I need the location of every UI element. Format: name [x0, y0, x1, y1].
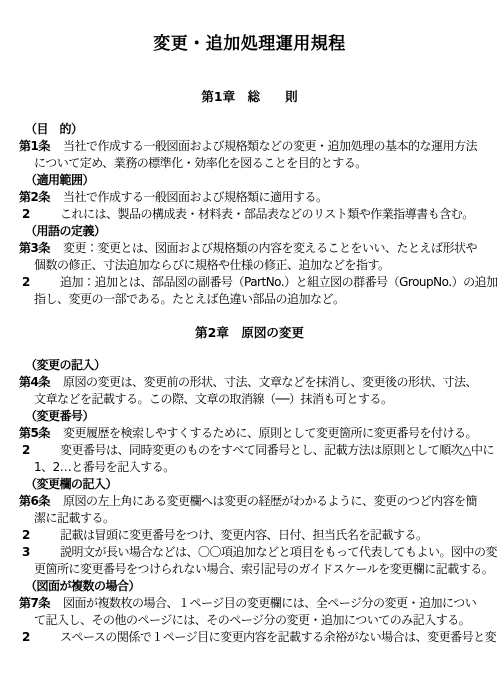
chapter-heading: 第2章 原図の変更 [0, 324, 499, 341]
line-text: 当社で作成する一般図面および規格類などの変更・追加処理の基本的な運用方法 [63, 139, 477, 153]
sub-item-line: 2変更番号は、同時変更のものをすべて同番号とし、記載方法は原則として順次△中に [0, 442, 499, 459]
continuation-line: 指し、変更の一部である。たとえば色違い部品の追加など。 [0, 291, 499, 308]
article-number: 第5条 [19, 425, 63, 442]
sub-item-line: 2追加：追加とは、部品図の副番号（PartNo.）と組立図の群番号（GroupN… [0, 274, 499, 291]
article-line: 第3条変更：変更とは、図面および規格類の内容を変えることをいい、たとえば形状や [0, 240, 499, 257]
line-text: 記載は冒頭に変更番号をつけ、変更内容、日付、担当氏名を記載する。 [60, 528, 428, 542]
line-text: 図面が複数枚の場合、１ページ目の変更欄には、全ページ分の変更・追加につい [63, 596, 476, 610]
line-text: 変更：変更とは、図面および規格類の内容を変えることをいい、たとえば形状や [63, 241, 477, 255]
item-number: 2 [22, 629, 60, 646]
article-line: 第1条当社で作成する一般図面および規格類などの変更・追加処理の基本的な運用方法 [0, 138, 499, 155]
item-number: 2 [22, 206, 60, 223]
item-number: 3 [22, 544, 60, 561]
article-number: 第7条 [19, 595, 63, 612]
continuation-line: 1、2…と番号を記入する。 [0, 459, 499, 476]
item-number: 2 [22, 274, 60, 291]
line-text: 原図の変更は、変更前の形状、寸法、文章などを抹消し、変更後の形状、寸法、 [63, 375, 477, 389]
section-label: （目 的） [0, 121, 499, 138]
line-text: これには、製品の構成表・材料表・部品表などのリスト類や作業指導書も含む。 [60, 207, 474, 221]
continuation-line: 潔に記載する。 [0, 510, 499, 527]
article-number: 第2条 [19, 189, 63, 206]
continuation-line: 更箇所に変更番号をつけられない場合、索引記号のガイドスケールを変更欄に記載する。 [0, 561, 499, 578]
line-text: 追加：追加とは、部品図の副番号（PartNo.）と組立図の群番号（GroupNo… [60, 275, 499, 289]
section-label: （変更欄の記入） [0, 476, 499, 493]
section-label: （変更の記入） [0, 357, 499, 374]
document-page: 変更・追加処理運用規程 第1章 総 則（目 的）第1条当社で作成する一般図面およ… [0, 0, 499, 693]
article-number: 第1条 [19, 138, 63, 155]
item-number: 2 [22, 442, 60, 459]
sub-item-line: 3説明文が長い場合などは、〇〇項追加などと項目をもって代表してもよい。図中の変 [0, 544, 499, 561]
article-line: 第4条原図の変更は、変更前の形状、寸法、文章などを抹消し、変更後の形状、寸法、 [0, 374, 499, 391]
continuation-line: て記入し、その他のページには、そのページ分の変更・追加についてのみ記入する。 [0, 612, 499, 629]
continuation-line: について定め、業務の標準化・効率化を図ることを目的とする。 [0, 155, 499, 172]
article-number: 第3条 [19, 240, 63, 257]
line-text: 変更番号は、同時変更のものをすべて同番号とし、記載方法は原則として順次△中に [60, 443, 494, 457]
article-number: 第4条 [19, 374, 63, 391]
line-text: 原図の左上角にある変更欄へは変更の経歴がわかるように、変更のつど内容を簡 [63, 494, 477, 508]
item-number: 2 [22, 527, 60, 544]
article-line: 第7条図面が複数枚の場合、１ページ目の変更欄には、全ページ分の変更・追加につい [0, 595, 499, 612]
section-label: （適用範囲） [0, 172, 499, 189]
chapter-heading: 第1章 総 則 [0, 88, 499, 105]
line-text: 変更履歴を検索しやすくするために、原則として変更箇所に変更番号を付ける。 [63, 426, 477, 440]
article-line: 第2条当社で作成する一般図面および規格類に適用する。 [0, 189, 499, 206]
section-label: （変更番号） [0, 408, 499, 425]
section-label: （用語の定義） [0, 223, 499, 240]
line-text: 当社で作成する一般図面および規格類に適用する。 [63, 190, 328, 204]
line-text: スペースの関係で１ページ目に変更内容を記載する余裕がない場合は、変更番号と変 [60, 630, 496, 644]
sub-item-line: 2スペースの関係で１ページ目に変更内容を記載する余裕がない場合は、変更番号と変 [0, 629, 499, 646]
article-number: 第6条 [19, 493, 63, 510]
sub-item-line: 2記載は冒頭に変更番号をつけ、変更内容、日付、担当氏名を記載する。 [0, 527, 499, 544]
section-label: （図面が複数の場合） [0, 578, 499, 595]
document-title: 変更・追加処理運用規程 [0, 34, 499, 54]
line-text: 説明文が長い場合などは、〇〇項追加などと項目をもって代表してもよい。図中の変 [60, 545, 497, 559]
document-body: 第1章 総 則（目 的）第1条当社で作成する一般図面および規格類などの変更・追加… [0, 88, 499, 646]
sub-item-line: 2これには、製品の構成表・材料表・部品表などのリスト類や作業指導書も含む。 [0, 206, 499, 223]
article-line: 第5条変更履歴を検索しやすくするために、原則として変更箇所に変更番号を付ける。 [0, 425, 499, 442]
article-line: 第6条原図の左上角にある変更欄へは変更の経歴がわかるように、変更のつど内容を簡 [0, 493, 499, 510]
continuation-line: 文章などを記載する。この際、文章の取消線（──）抹消も可とする。 [0, 391, 499, 408]
continuation-line: 個数の修正、寸法追加ならびに規格や仕様の修正、追加などを指す。 [0, 257, 499, 274]
